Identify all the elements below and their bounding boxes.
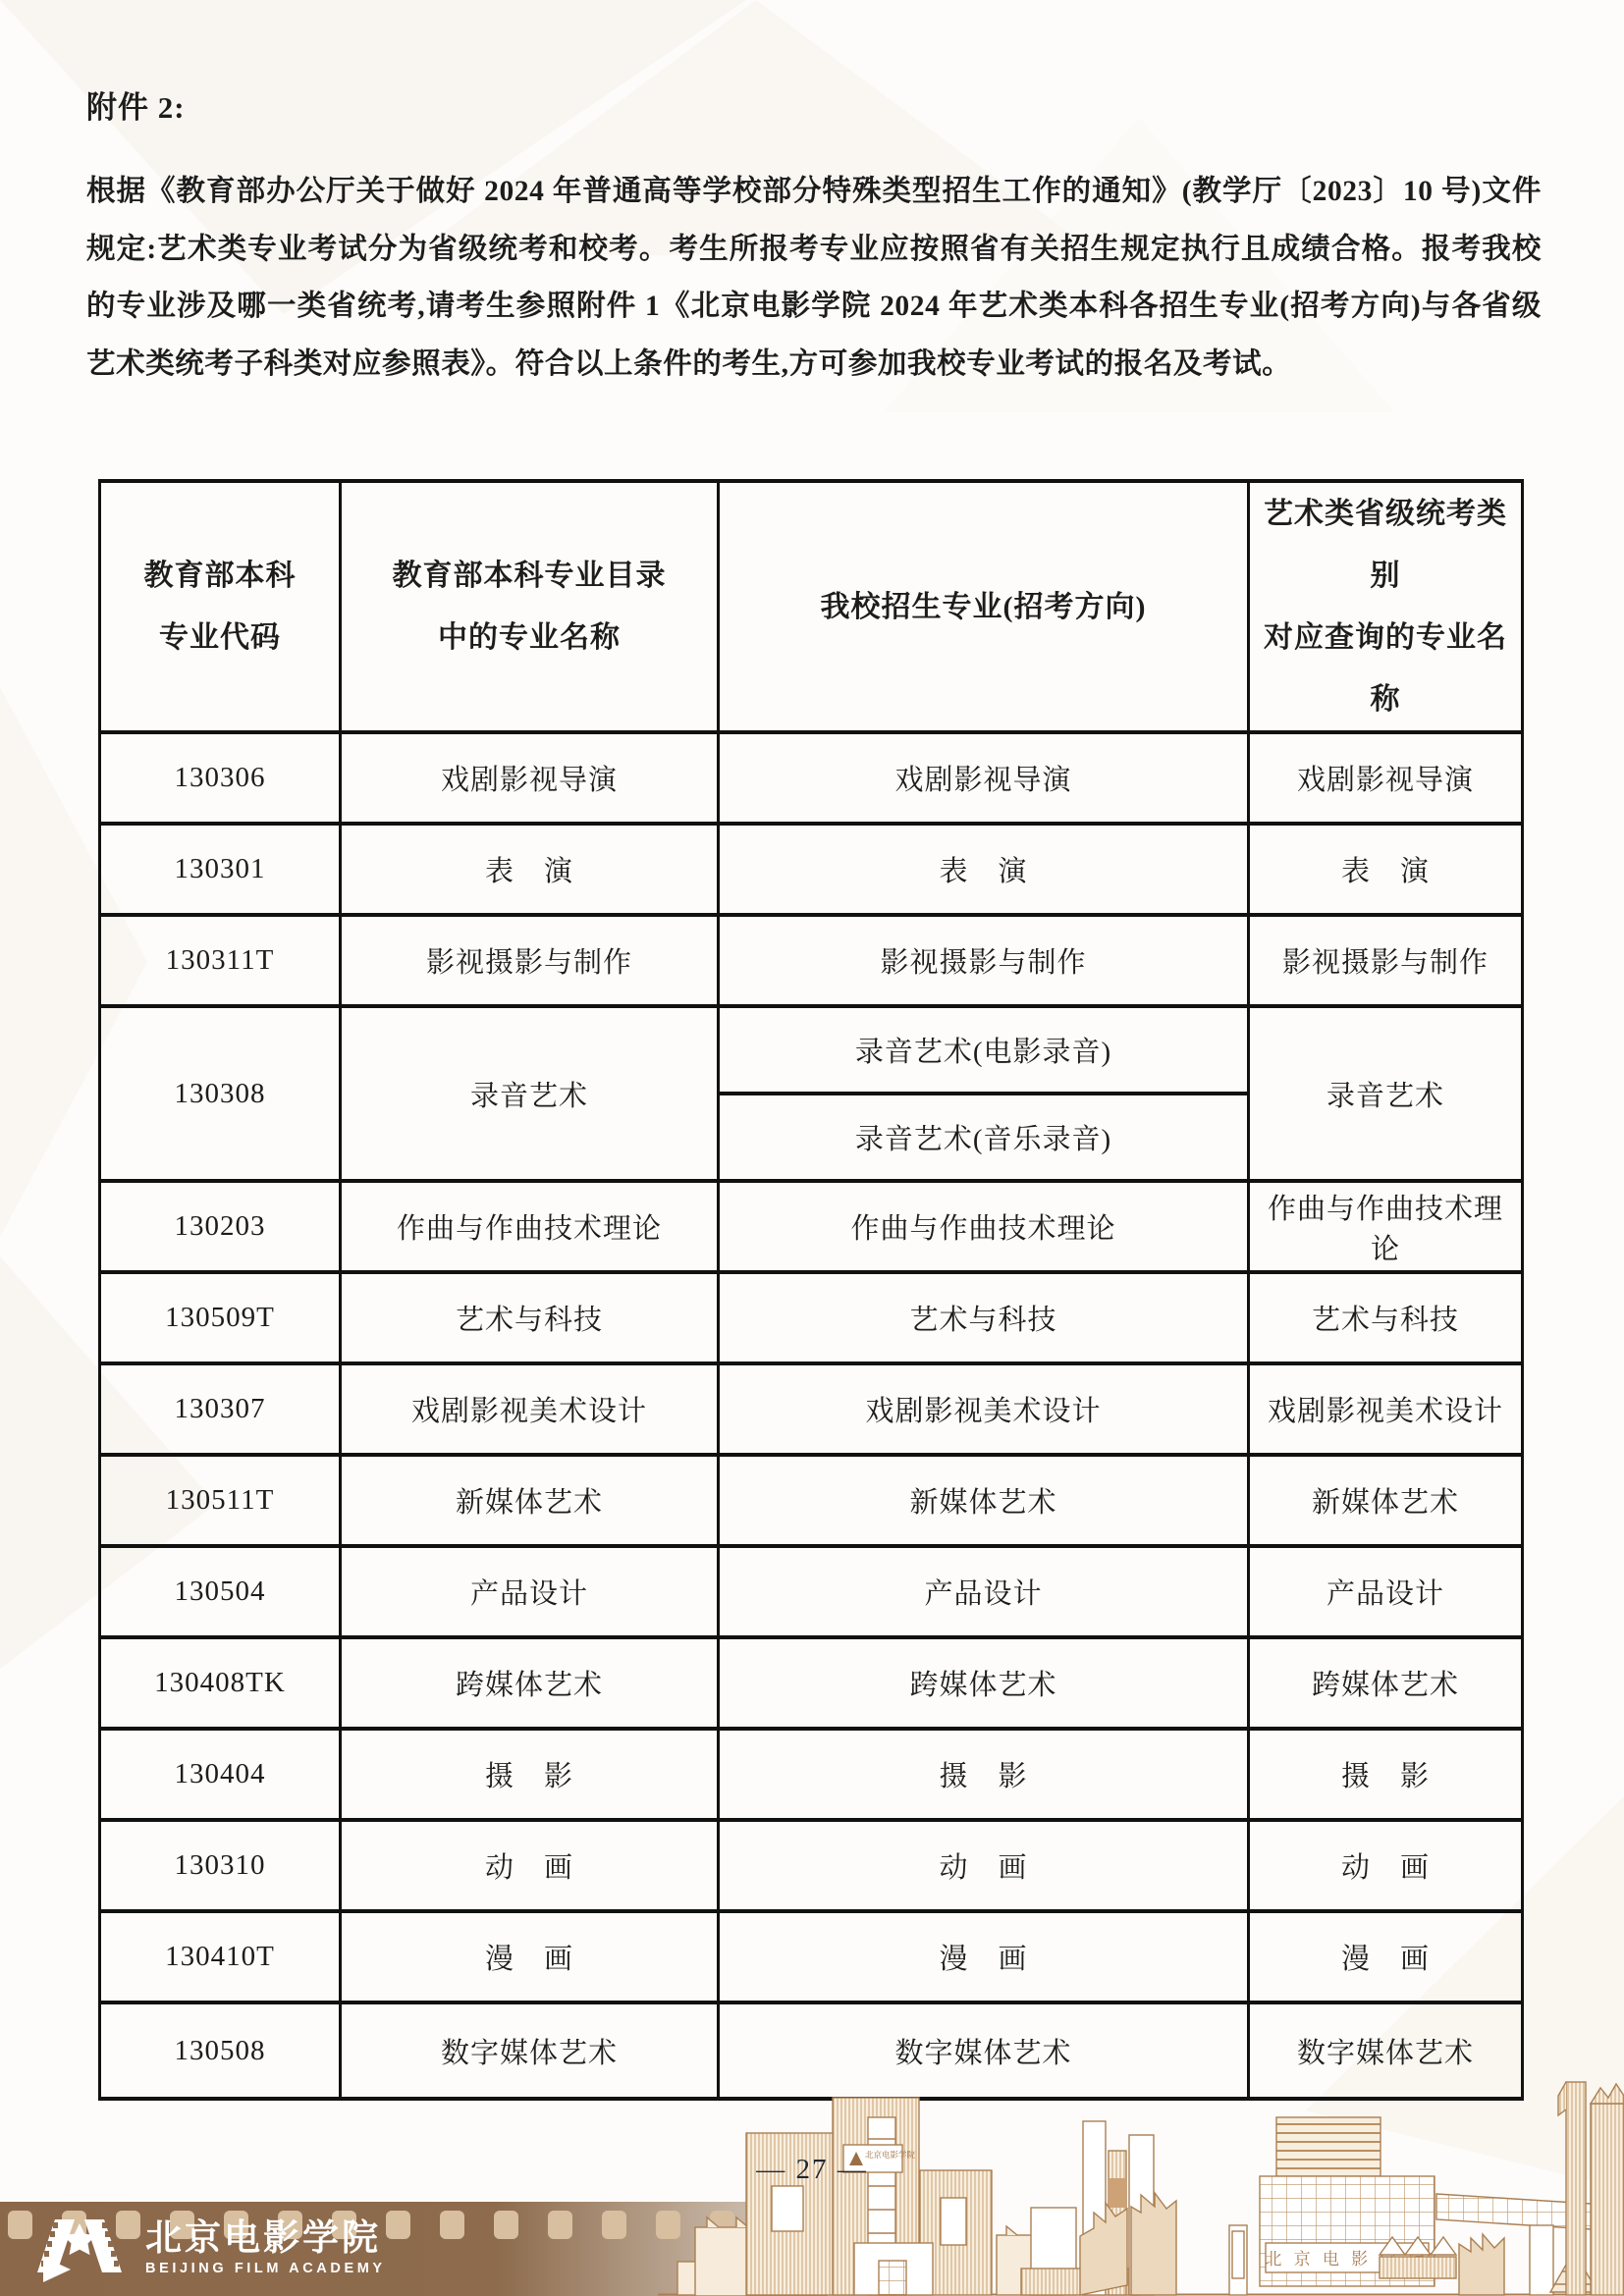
cell-school-major: 产品设计 xyxy=(719,1546,1249,1637)
cell-exam-category: 艺术与科技 xyxy=(1249,1272,1523,1363)
majors-table: 教育部本科 专业代码 教育部本科专业目录 中的专业名称 我校招生专业(招考方向)… xyxy=(98,479,1524,2101)
header-exam-category: 艺术类省级统考类别 对应查询的专业名称 xyxy=(1249,481,1523,732)
intro-paragraph: 根据《教育部办公厅关于做好 2024 年普通高等学校部分特殊类型招生工作的通知》… xyxy=(86,163,1542,393)
table-row: 130306 戏剧影视导演 戏剧影视导演 戏剧影视导演 xyxy=(100,732,1523,824)
cell-school-major: 摄 影 xyxy=(719,1729,1249,1820)
cell-school-major: 新媒体艺术 xyxy=(719,1455,1249,1546)
header-code: 教育部本科 专业代码 xyxy=(100,481,341,732)
cell-moe-major: 漫 画 xyxy=(341,1911,719,2002)
cell-moe-major: 影视摄影与制作 xyxy=(341,915,719,1006)
table-header-row: 教育部本科 专业代码 教育部本科专业目录 中的专业名称 我校招生专业(招考方向)… xyxy=(100,481,1523,732)
cell-code: 130203 xyxy=(100,1181,341,1272)
cell-code: 130308 xyxy=(100,1006,341,1181)
cell-moe-major: 摄 影 xyxy=(341,1729,719,1820)
cell-code: 130408TK xyxy=(100,1637,341,1729)
table-row: 130410T 漫 画 漫 画 漫 画 xyxy=(100,1911,1523,2002)
table-row: 130203 作曲与作曲技术理论 作曲与作曲技术理论 作曲与作曲技术理论 xyxy=(100,1181,1523,1272)
cell-exam-category: 戏剧影视美术设计 xyxy=(1249,1363,1523,1455)
cell-school-major: 作曲与作曲技术理论 xyxy=(719,1181,1249,1272)
cell-exam-category: 漫 画 xyxy=(1249,1911,1523,2002)
cell-exam-category: 作曲与作曲技术理论 xyxy=(1249,1181,1523,1272)
cell-code: 130504 xyxy=(100,1546,341,1637)
cell-moe-major: 戏剧影视美术设计 xyxy=(341,1363,719,1455)
cell-code: 130509T xyxy=(100,1272,341,1363)
table-row: 130301 表 演 表 演 表 演 xyxy=(100,824,1523,915)
table-row: 130509T 艺术与科技 艺术与科技 艺术与科技 xyxy=(100,1272,1523,1363)
attachment-label: 附件 2: xyxy=(86,82,186,127)
cell-moe-major: 戏剧影视导演 xyxy=(341,732,719,824)
cell-code: 130410T xyxy=(100,1911,341,2002)
cell-code: 130511T xyxy=(100,1455,341,1546)
cell-school-major: 戏剧影视美术设计 xyxy=(719,1363,1249,1455)
cell-code: 130301 xyxy=(100,824,341,915)
bfa-logo-icon xyxy=(29,2214,132,2282)
cell-moe-major: 表 演 xyxy=(341,824,719,915)
table-row-split-a: 130308 录音艺术 录音艺术(电影录音) 录音艺术 xyxy=(100,1006,1523,1094)
cell-moe-major: 产品设计 xyxy=(341,1546,719,1637)
cell-code: 130508 xyxy=(100,2002,341,2099)
cell-school-major: 录音艺术(电影录音) xyxy=(719,1006,1249,1094)
cell-exam-category: 产品设计 xyxy=(1249,1546,1523,1637)
cell-exam-category: 摄 影 xyxy=(1249,1729,1523,1820)
bfa-logo-cn: 北京电影学院 xyxy=(145,2219,386,2258)
majors-table-wrapper: 教育部本科 专业代码 教育部本科专业目录 中的专业名称 我校招生专业(招考方向)… xyxy=(98,479,1524,2101)
cell-school-major: 录音艺术(音乐录音) xyxy=(719,1094,1249,1181)
header-school-major: 我校招生专业(招考方向) xyxy=(719,481,1249,732)
cell-school-major: 戏剧影视导演 xyxy=(719,732,1249,824)
cell-moe-major: 新媒体艺术 xyxy=(341,1455,719,1546)
header-moe-major: 教育部本科专业目录 中的专业名称 xyxy=(341,481,719,732)
page-number: — 27 — xyxy=(0,2154,1624,2186)
cell-moe-major: 动 画 xyxy=(341,1820,719,1911)
cell-moe-major: 录音艺术 xyxy=(341,1006,719,1181)
cell-exam-category: 戏剧影视导演 xyxy=(1249,732,1523,824)
cell-exam-category: 新媒体艺术 xyxy=(1249,1455,1523,1546)
bfa-logo: 北京电影学院 BEIJING FILM ACADEMY xyxy=(29,2214,386,2282)
table-row: 130408TK 跨媒体艺术 跨媒体艺术 跨媒体艺术 xyxy=(100,1637,1523,1729)
cell-school-major: 跨媒体艺术 xyxy=(719,1637,1249,1729)
table-row: 130404 摄 影 摄 影 摄 影 xyxy=(100,1729,1523,1820)
cell-code: 130404 xyxy=(100,1729,341,1820)
cell-school-major: 动 画 xyxy=(719,1820,1249,1911)
cell-code: 130310 xyxy=(100,1820,341,1911)
table-row: 130307 戏剧影视美术设计 戏剧影视美术设计 戏剧影视美术设计 xyxy=(100,1363,1523,1455)
cell-code: 130311T xyxy=(100,915,341,1006)
cell-school-major: 漫 画 xyxy=(719,1911,1249,2002)
cell-moe-major: 作曲与作曲技术理论 xyxy=(341,1181,719,1272)
document-page: 附件 2: 根据《教育部办公厅关于做好 2024 年普通高等学校部分特殊类型招生… xyxy=(0,0,1624,2296)
cell-code: 130307 xyxy=(100,1363,341,1455)
cell-exam-category: 动 画 xyxy=(1249,1820,1523,1911)
table-row: 130310 动 画 动 画 动 画 xyxy=(100,1820,1523,1911)
cell-exam-category: 录音艺术 xyxy=(1249,1006,1523,1181)
table-row: 130311T 影视摄影与制作 影视摄影与制作 影视摄影与制作 xyxy=(100,915,1523,1006)
cell-school-major: 表 演 xyxy=(719,824,1249,915)
cell-code: 130306 xyxy=(100,732,341,824)
cell-exam-category: 跨媒体艺术 xyxy=(1249,1637,1523,1729)
cell-school-major: 影视摄影与制作 xyxy=(719,915,1249,1006)
cell-exam-category: 表 演 xyxy=(1249,824,1523,915)
cell-moe-major: 艺术与科技 xyxy=(341,1272,719,1363)
cell-exam-category: 影视摄影与制作 xyxy=(1249,915,1523,1006)
cell-school-major: 艺术与科技 xyxy=(719,1272,1249,1363)
table-row: 130504 产品设计 产品设计 产品设计 xyxy=(100,1546,1523,1637)
cell-moe-major: 跨媒体艺术 xyxy=(341,1637,719,1729)
table-row: 130511T 新媒体艺术 新媒体艺术 新媒体艺术 xyxy=(100,1455,1523,1546)
bfa-logo-en: BEIJING FILM ACADEMY xyxy=(145,2262,386,2276)
